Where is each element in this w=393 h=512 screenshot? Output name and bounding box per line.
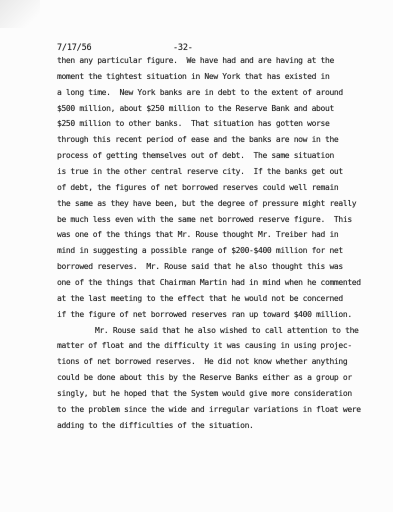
text-line: if the figure of net borrowed reserves r… [57,307,367,323]
text-line: process of getting themselves out of deb… [57,148,367,164]
text-line: a long time. New York banks are in debt … [57,85,367,101]
text-line: is true in the other central reserve cit… [57,164,367,180]
text-line: Mr. Rouse said that he also wished to ca… [57,323,367,339]
scan-artifact [0,0,40,28]
text-line: at the last meeting to the effect that h… [57,291,367,307]
text-line: moment the tightest situation in New Yor… [57,69,367,85]
text-line: be much less even with the same net borr… [57,212,367,228]
text-line: one of the things that Chairman Martin h… [57,275,367,291]
text-line: adding to the difficulties of the situat… [57,418,367,434]
text-line: borrowed reserves. Mr. Rouse said that h… [57,259,367,275]
text-line: to the problem since the wide and irregu… [57,402,367,418]
document-body: then any particular figure. We have had … [57,53,367,434]
text-line: of debt, the figures of net borrowed res… [57,180,367,196]
text-line: tions of net borrowed reserves. He did n… [57,354,367,370]
text-line: $500 million, about $250 million to the … [57,101,367,117]
text-line: $250 million to other banks. That situat… [57,116,367,132]
text-line: singly, but he hoped that the System wou… [57,386,367,402]
text-line: mind in suggesting a possible range of $… [57,243,367,259]
text-line: through this recent period of ease and t… [57,132,367,148]
text-line: the same as they have been, but the degr… [57,196,367,212]
document-page: 7/17/56 -32- then any particular figure.… [0,0,393,512]
text-line: then any particular figure. We have had … [57,53,367,69]
text-line: was one of the things that Mr. Rouse tho… [57,227,367,243]
text-line: matter of float and the difficulty it wa… [57,338,367,354]
text-line: could be done about this by the Reserve … [57,370,367,386]
